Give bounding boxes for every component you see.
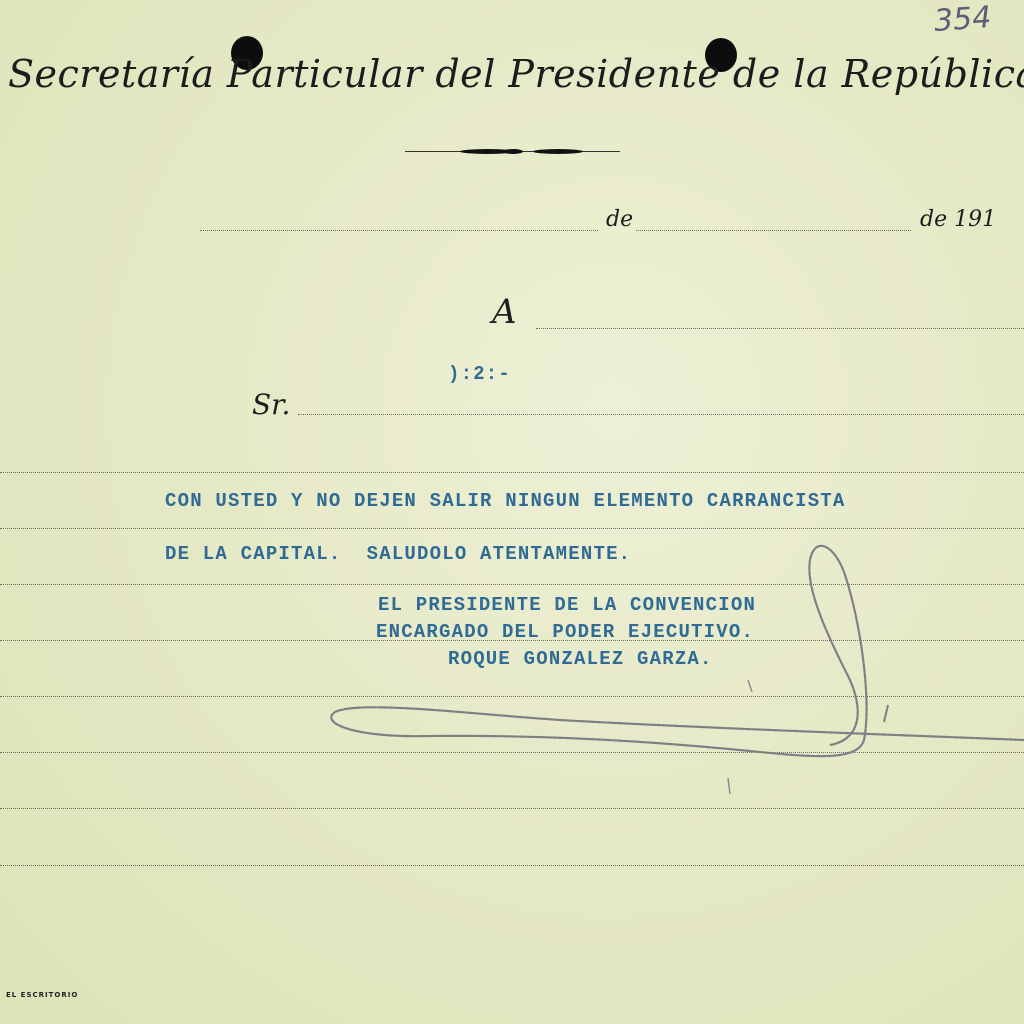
- ruled-line: [0, 696, 1024, 697]
- ruled-line: [0, 528, 1024, 529]
- ruled-line: [0, 472, 1024, 473]
- ruled-line: [0, 584, 1024, 585]
- ornament-flourish: [503, 149, 523, 154]
- ruled-line: [0, 808, 1024, 809]
- ornament-divider: [405, 149, 620, 154]
- ruled-line: [0, 752, 1024, 753]
- signatory-name: ROQUE GONZALEZ GARZA.: [448, 648, 713, 670]
- addressee-sr-field: [298, 414, 1024, 415]
- letterhead-title: Secretaría Particular del Presidente de …: [8, 52, 1024, 96]
- date-connector-1: de: [606, 207, 633, 232]
- printer-imprint: EL ESCRITORIO: [6, 991, 78, 999]
- addressee-sr-label: Sr.: [252, 388, 290, 421]
- ruled-line: [0, 865, 1024, 866]
- addressee-a-label: A: [492, 292, 517, 332]
- signature-title-line: ENCARGADO DEL PODER EJECUTIVO.: [376, 621, 754, 643]
- addressee-a-field: [536, 328, 1024, 329]
- date-month-field: [636, 230, 911, 231]
- body-line: CON USTED Y NO DEJEN SALIR NINGUN ELEMEN…: [165, 490, 846, 512]
- ornament-flourish: [533, 149, 583, 154]
- signature-title-line: EL PRESIDENTE DE LA CONVENCION: [378, 594, 756, 616]
- body-line: DE LA CAPITAL. SALUDOLO ATENTAMENTE.: [165, 543, 631, 565]
- page-number: 354: [933, 0, 993, 39]
- date-day-field: [200, 230, 598, 231]
- date-connector-2: de 191: [920, 207, 996, 232]
- reference-mark: ):2:-: [448, 363, 511, 385]
